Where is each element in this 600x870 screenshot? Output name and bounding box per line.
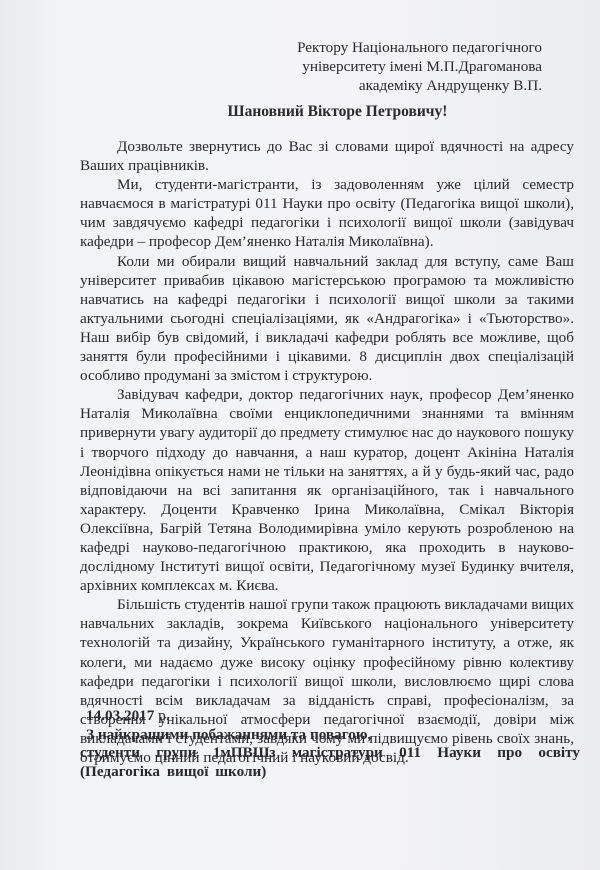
paragraph: Дозвольте звернутись до Вас зі словами щ…: [80, 137, 574, 175]
addressee-line: Ректору Національного педагогічного: [297, 38, 542, 57]
paragraph: Ми, студенти-магістранти, із задоволення…: [80, 175, 574, 251]
letter-date: 14.03.2017 р.: [80, 707, 580, 726]
closing-wishes: З найкращими побажаннями та повагою,: [80, 726, 580, 745]
date-suffix: р.: [158, 707, 169, 724]
addressee-block: Ректору Національного педагогічного унів…: [297, 38, 542, 95]
paragraph: Коли ми обирали вищий навчальний заклад …: [80, 252, 574, 386]
letter-page: Ректору Національного педагогічного унів…: [0, 0, 600, 870]
addressee-line: академіку Андрущенку В.П.: [297, 76, 542, 95]
letter-body: Дозвольте звернутись до Вас зі словами щ…: [80, 137, 574, 767]
signature-block: 14.03.2017 р. З найкращими побажаннями т…: [80, 707, 580, 781]
date-value: 14.03.2017: [86, 707, 154, 724]
salutation-heading: Шановний Вікторе Петровичу!: [0, 103, 600, 121]
paragraph: Завідувач кафедри, доктор педагогічних н…: [80, 385, 574, 595]
addressee-line: університету імені М.П.Драгоманова: [297, 57, 542, 76]
signatory-group: студенти групи 1мПВШз магістратури 011 Н…: [80, 744, 580, 781]
